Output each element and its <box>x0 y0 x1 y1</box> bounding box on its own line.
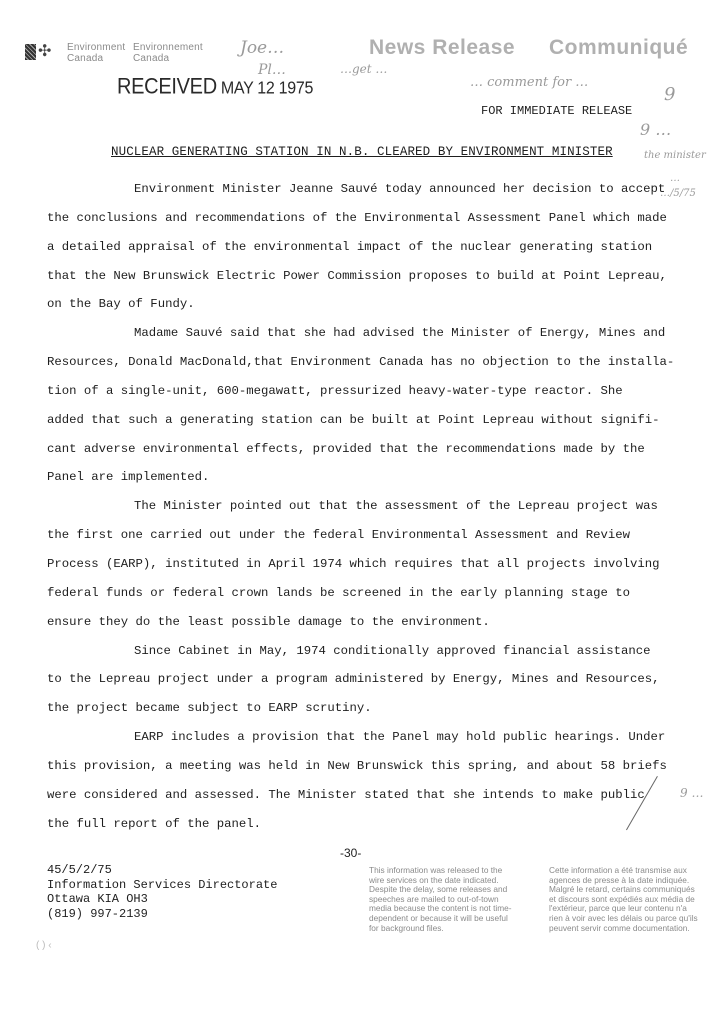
paragraph: The Minister pointed out that the assess… <box>47 492 697 636</box>
department-name-en: Environment Canada <box>67 42 125 64</box>
paragraph: Since Cabinet in May, 1974 conditionally… <box>47 637 697 724</box>
body-line: the project became subject to EARP scrut… <box>47 694 697 723</box>
body-line: the conclusions and recommendations of t… <box>47 204 697 233</box>
canada-flag-icon <box>25 44 36 60</box>
maple-leaf-icon: ✣ <box>38 42 51 62</box>
department-fr-line1: Environnement <box>133 42 203 53</box>
body-line: tion of a single-unit, 600-megawatt, pre… <box>47 377 697 406</box>
body-line: this provision, a meeting was held in Ne… <box>47 752 697 781</box>
body-line: Process (EARP), instituted in April 1974… <box>47 550 697 579</box>
release-note-en: This information was released to the wir… <box>369 866 514 933</box>
handwritten-note: 9 … <box>640 120 671 139</box>
handwritten-note: 9 <box>664 84 675 105</box>
body-line: ensure they do the least possible damage… <box>47 608 697 637</box>
department-fr-line2: Canada <box>133 53 203 64</box>
body-line: federal funds or federal crown lands be … <box>47 579 697 608</box>
department-name-fr: Environnement Canada <box>133 42 203 64</box>
handwritten-note: Pl… <box>258 62 286 78</box>
address: Ottawa KIA OH3 <box>47 892 277 907</box>
handwritten-note: …get … <box>340 62 387 76</box>
received-label: RECEIVED <box>117 75 217 99</box>
body-line: Environment Minister Jeanne Sauvé today … <box>47 175 697 204</box>
paragraph: Environment Minister Jeanne Sauvé today … <box>47 175 697 319</box>
body-line: that the New Brunswick Electric Power Co… <box>47 262 697 291</box>
body-line: to the Lepreau project under a program a… <box>47 665 697 694</box>
body-line: added that such a generating station can… <box>47 406 697 435</box>
phone-number: (819) 997-2139 <box>47 907 277 922</box>
release-type: FOR IMMEDIATE RELEASE <box>481 104 632 118</box>
body-line: The Minister pointed out that the assess… <box>47 492 697 521</box>
document-body: Environment Minister Jeanne Sauvé today … <box>47 175 697 838</box>
handwritten-note: Joe… <box>240 38 284 58</box>
body-line: a detailed appraisal of the environmenta… <box>47 233 697 262</box>
body-line: EARP includes a provision that the Panel… <box>47 723 697 752</box>
handwritten-note: the minister <box>644 150 706 161</box>
document-title: NUCLEAR GENERATING STATION IN N.B. CLEAR… <box>111 145 613 159</box>
contact-block: 45/5/2/75 Information Services Directora… <box>47 863 277 921</box>
received-stamp: RECEIVEDMAY 12 1975 <box>117 75 313 100</box>
department-en-line1: Environment <box>67 42 125 53</box>
body-line: Madame Sauvé said that she had advised t… <box>47 319 697 348</box>
paragraph: Madame Sauvé said that she had advised t… <box>47 319 697 492</box>
directorate: Information Services Directorate <box>47 878 277 893</box>
end-marker: -30- <box>340 846 361 860</box>
communique-heading: Communiqué <box>549 36 688 60</box>
body-line: were considered and assessed. The Minist… <box>47 781 697 810</box>
news-release-heading: News Release <box>369 36 515 60</box>
body-line: Panel are implemented. <box>47 463 697 492</box>
body-line: the full report of the panel. <box>47 810 697 839</box>
body-line: on the Bay of Fundy. <box>47 290 697 319</box>
paragraph: EARP includes a provision that the Panel… <box>47 723 697 838</box>
scan-artifact: ( ) ‹ <box>36 940 52 951</box>
received-date: MAY 12 1975 <box>221 79 313 98</box>
handwritten-note: … comment for … <box>470 75 588 90</box>
body-line: Since Cabinet in May, 1974 conditionally… <box>47 637 697 666</box>
release-note-fr: Cette information a été transmise aux ag… <box>549 866 699 933</box>
body-line: Resources, Donald MacDonald,that Environ… <box>47 348 697 377</box>
body-line: the first one carried out under the fede… <box>47 521 697 550</box>
body-line: cant adverse environmental effects, prov… <box>47 435 697 464</box>
reference-number: 45/5/2/75 <box>47 863 277 878</box>
department-en-line2: Canada <box>67 53 125 64</box>
